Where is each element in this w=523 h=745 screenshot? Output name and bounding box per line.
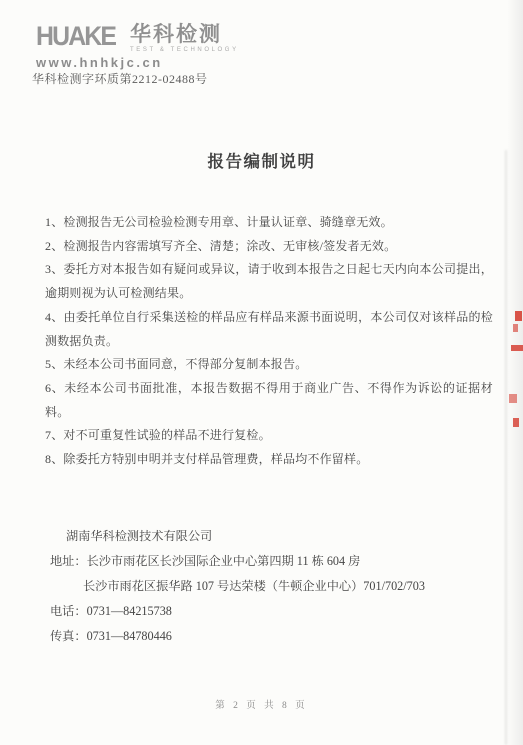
address-row-1: 地址：长沙市雨花区长沙国际企业中心第四期 11 栋 604 房	[50, 549, 480, 574]
fax-label: 传真：	[50, 629, 87, 643]
logo-cjk-text: 华科检测	[130, 24, 239, 45]
address-label: 地址：	[50, 554, 87, 568]
fax-row: 传真：0731—84780446	[50, 624, 480, 649]
address-line1-text: 长沙市雨花区长沙国际企业中心第四期 11 栋 604 房	[87, 554, 361, 568]
red-seal-fragment	[513, 324, 518, 332]
report-notes-list: 1、检测报告无公司检验检测专用章、计量认证章、骑缝章无效。 2、检测报告内容需填…	[45, 211, 493, 472]
scan-fold-line	[505, 150, 507, 745]
address-line2-text: 长沙市雨花区振华路 107 号达荣楼（牛顿企业中心）701/702/703	[83, 579, 425, 593]
note-item-5: 5、未经本公司书面同意，不得部分复制本报告。	[45, 353, 493, 377]
phone-label: 电话：	[50, 604, 87, 618]
report-header: HUAKE 华科检测 TEST & TECHNOLOGY www.hnhkjc.…	[36, 24, 239, 70]
logo-cjk-block: 华科检测 TEST & TECHNOLOGY	[130, 24, 239, 53]
company-logo: HUAKE 华科检测 TEST & TECHNOLOGY	[36, 24, 239, 53]
note-item-6: 6、未经本公司书面批准，本报告数据不得用于商业广告、不得作为诉讼的证据材料。	[45, 377, 493, 424]
red-seal-fragment	[509, 394, 517, 403]
note-item-3: 3、委托方对本报告如有疑问或异议，请于收到本报告之日起七天内向本公司提出，逾期则…	[45, 258, 493, 305]
page-number: 第 2 页 共 8 页	[0, 697, 523, 711]
note-item-4: 4、由委托单位自行采集送检的样品应有样品来源书面说明，本公司仅对该样品的检测数据…	[45, 306, 493, 353]
logo-website: www.hnhkjc.cn	[36, 55, 239, 70]
phone-number: 0731—84215738	[87, 604, 172, 618]
company-name: 湖南华科检测技术有限公司	[50, 524, 480, 549]
scanned-report-page: { "document": { "header": { "logo_latin"…	[0, 0, 523, 745]
red-seal-fragment	[515, 311, 522, 321]
address-row-2: 长沙市雨花区振华路 107 号达荣楼（牛顿企业中心）701/702/703	[50, 574, 480, 599]
logo-latin-text: HUAKE	[36, 24, 115, 48]
phone-row: 电话：0731—84215738	[50, 599, 480, 624]
company-contact-block: 湖南华科检测技术有限公司 地址：长沙市雨花区长沙国际企业中心第四期 11 栋 6…	[50, 524, 480, 649]
scan-edge-shading	[507, 0, 523, 745]
note-item-2: 2、检测报告内容需填写齐全、清楚；涂改、无审核/签发者无效。	[45, 235, 493, 259]
red-seal-fragment	[511, 345, 523, 351]
note-item-8: 8、除委托方特别申明并支付样品管理费，样品均不作留样。	[45, 448, 493, 472]
fax-number: 0731—84780446	[87, 629, 172, 643]
logo-tagline: TEST & TECHNOLOGY	[130, 47, 239, 53]
note-item-7: 7、对不可重复性试验的样品不进行复检。	[45, 424, 493, 448]
note-item-1: 1、检测报告无公司检验检测专用章、计量认证章、骑缝章无效。	[45, 211, 493, 235]
report-certificate-number: 华科检测字环质第2212-02488号	[32, 70, 208, 87]
page-title: 报告编制说明	[0, 148, 523, 172]
red-seal-fragment	[513, 418, 519, 427]
